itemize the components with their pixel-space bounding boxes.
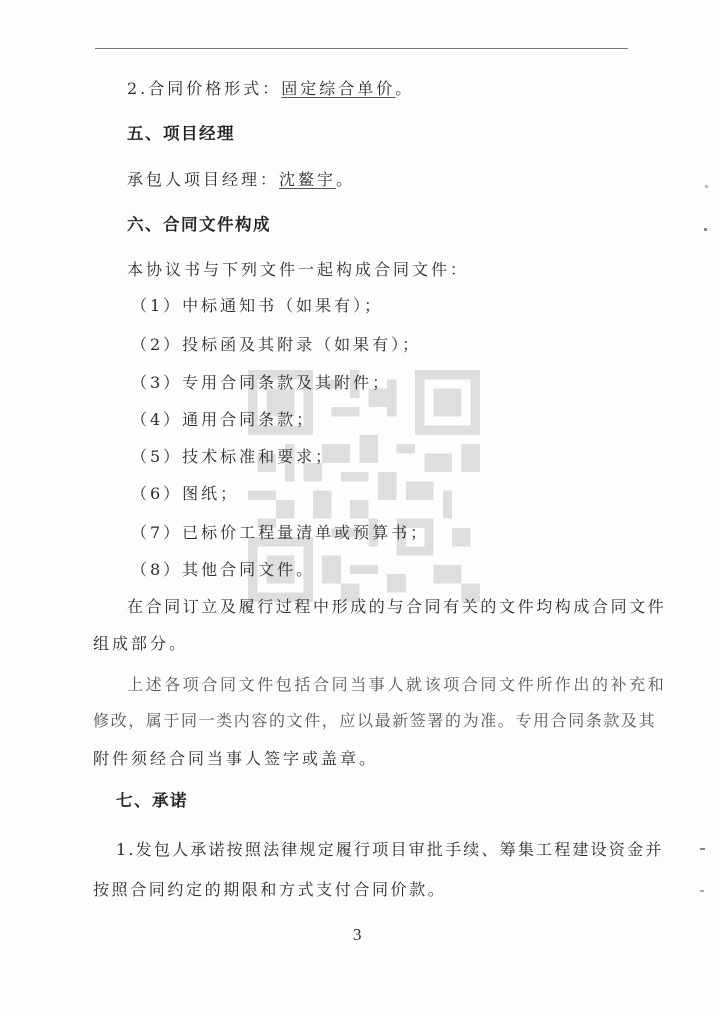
document-page: 2.合同价格形式：固定综合单价。 五、项目经理 承包人项目经理：沈鳌宇。 六、合… — [0, 0, 720, 1018]
list-item: （8）其他合同文件。 — [131, 560, 315, 580]
section5-heading: 五、项目经理 — [127, 124, 235, 144]
price-form-value: 固定综合单价 — [281, 79, 395, 98]
page-number: 3 — [353, 925, 362, 945]
section7-heading: 七、承诺 — [116, 791, 188, 811]
paragraph-line: 附件须经合同当事人签字或盖章。 — [93, 749, 378, 769]
list-item: （1）中标通知书（如果有）； — [131, 296, 383, 316]
paragraph-line: 修改，属于同一类内容的文件，应以最新签署的为准。专用合同条款及其 — [93, 711, 656, 731]
price-form-label: 2.合同价格形式： — [127, 79, 281, 98]
punctuation: 。 — [395, 79, 414, 98]
paragraph-line: 按照合同约定的期限和方式支付合同价款。 — [93, 880, 446, 900]
scan-artifact — [700, 890, 704, 892]
list-item: （4）通用合同条款； — [131, 410, 315, 430]
scan-artifact — [705, 185, 708, 188]
paragraph-line: 上述各项合同文件包括合同当事人就该项合同文件所作出的补充和 — [127, 675, 666, 695]
project-manager-label: 承包人项目经理： — [127, 170, 279, 189]
list-item: （6）图纸； — [131, 484, 239, 504]
scan-artifact — [700, 848, 705, 850]
punctuation: 。 — [336, 170, 355, 189]
price-form-line: 2.合同价格形式：固定综合单价。 — [127, 79, 414, 99]
project-manager-value: 沈鳌宇 — [279, 170, 336, 189]
list-item: （5）技术标准和要求； — [131, 447, 334, 467]
paragraph-line: 在合同订立及履行过程中形成的与合同有关的文件均构成合同文件 — [127, 597, 666, 617]
scan-artifact — [704, 228, 707, 231]
section6-intro: 本协议书与下列文件一起构成合同文件： — [127, 260, 469, 280]
list-item: （3）专用合同条款及其附件； — [131, 373, 391, 393]
header-rule — [95, 48, 628, 49]
paragraph-line: 组成部分。 — [93, 634, 188, 654]
list-item: （2）投标函及其附录（如果有）； — [131, 335, 421, 355]
project-manager-line: 承包人项目经理：沈鳌宇。 — [127, 170, 355, 190]
section6-heading: 六、合同文件构成 — [127, 215, 271, 235]
list-item: （7）已标价工程量清单或预算书； — [131, 523, 429, 543]
paragraph-line: 1.发包人承诺按照法律规定履行项目审批手续、筹集工程建设资金并 — [116, 840, 663, 860]
